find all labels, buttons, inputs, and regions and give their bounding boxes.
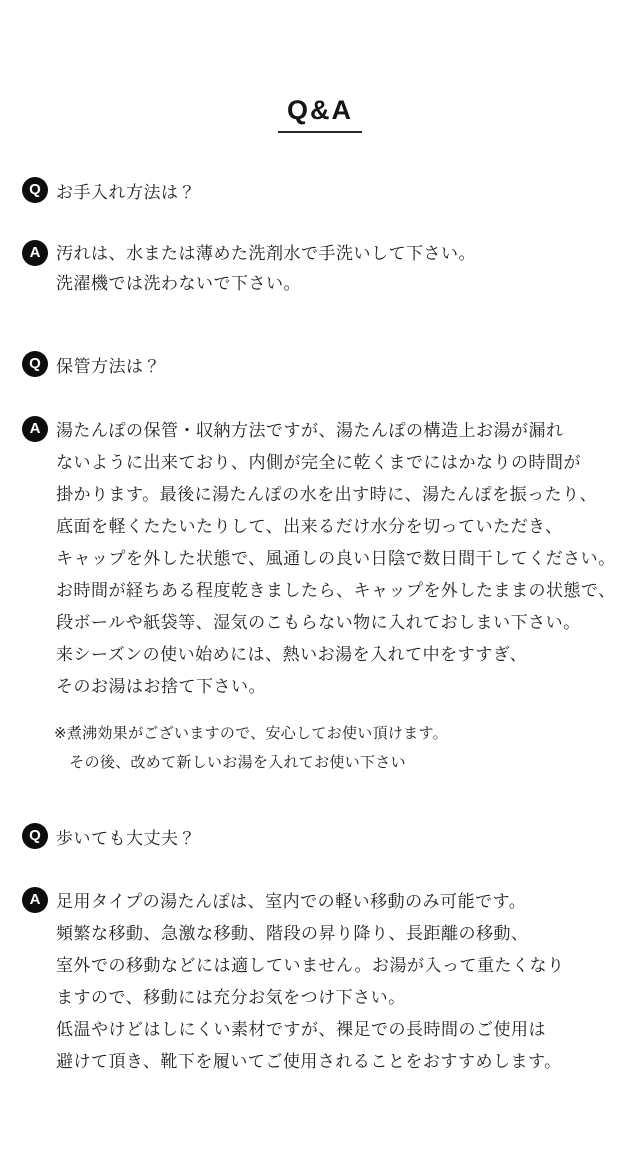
answer-row: A 足用タイプの湯たんぽは、室内での軽い移動のみ可能です。 頻繁な移動、急激な移…: [0, 886, 640, 1078]
answer-text: 湯たんぽの保管・収納方法ですが、湯たんぽの構造上お湯が漏れ ないように出来ており…: [56, 415, 616, 703]
question-text: お手入れ方法は？: [56, 178, 196, 203]
q-badge-icon: Q: [22, 351, 48, 377]
qa-item-storage: Q 保管方法は？ A 湯たんぽの保管・収納方法ですが、湯たんぽの構造上お湯が漏れ…: [0, 351, 640, 777]
q-badge-icon: Q: [22, 177, 48, 203]
qa-item-walking: Q 歩いても大丈夫？ A 足用タイプの湯たんぽは、室内での軽い移動のみ可能です。…: [0, 823, 640, 1078]
a-badge-icon: A: [22, 240, 48, 266]
answer-note: ※煮沸効果がございますので、安心してお使い頂けます。 その後、改めて新しいお湯を…: [54, 719, 640, 777]
question-text: 保管方法は？: [56, 352, 161, 377]
qa-page: Q&A Q お手入れ方法は？ A 汚れは、水または薄めた洗剤水で手洗いして下さい…: [0, 0, 640, 1173]
page-title: Q&A: [278, 95, 362, 133]
answer-row: A 汚れは、水または薄めた洗剤水で手洗いして下さい。 洗濯機では洗わないで下さい…: [0, 239, 640, 299]
answer-text: 汚れは、水または薄めた洗剤水で手洗いして下さい。 洗濯機では洗わないで下さい。: [56, 239, 476, 299]
question-row: Q お手入れ方法は？: [0, 177, 640, 203]
answer-text: 足用タイプの湯たんぽは、室内での軽い移動のみ可能です。 頻繁な移動、急激な移動、…: [56, 886, 565, 1078]
question-row: Q 歩いても大丈夫？: [0, 823, 640, 849]
question-row: Q 保管方法は？: [0, 351, 640, 377]
a-badge-icon: A: [22, 887, 48, 913]
question-text: 歩いても大丈夫？: [56, 824, 196, 849]
q-badge-icon: Q: [22, 823, 48, 849]
answer-row: A 湯たんぽの保管・収納方法ですが、湯たんぽの構造上お湯が漏れ ないように出来て…: [0, 415, 640, 703]
page-title-wrap: Q&A: [0, 0, 640, 133]
a-badge-icon: A: [22, 416, 48, 442]
qa-item-care: Q お手入れ方法は？ A 汚れは、水または薄めた洗剤水で手洗いして下さい。 洗濯…: [0, 177, 640, 299]
